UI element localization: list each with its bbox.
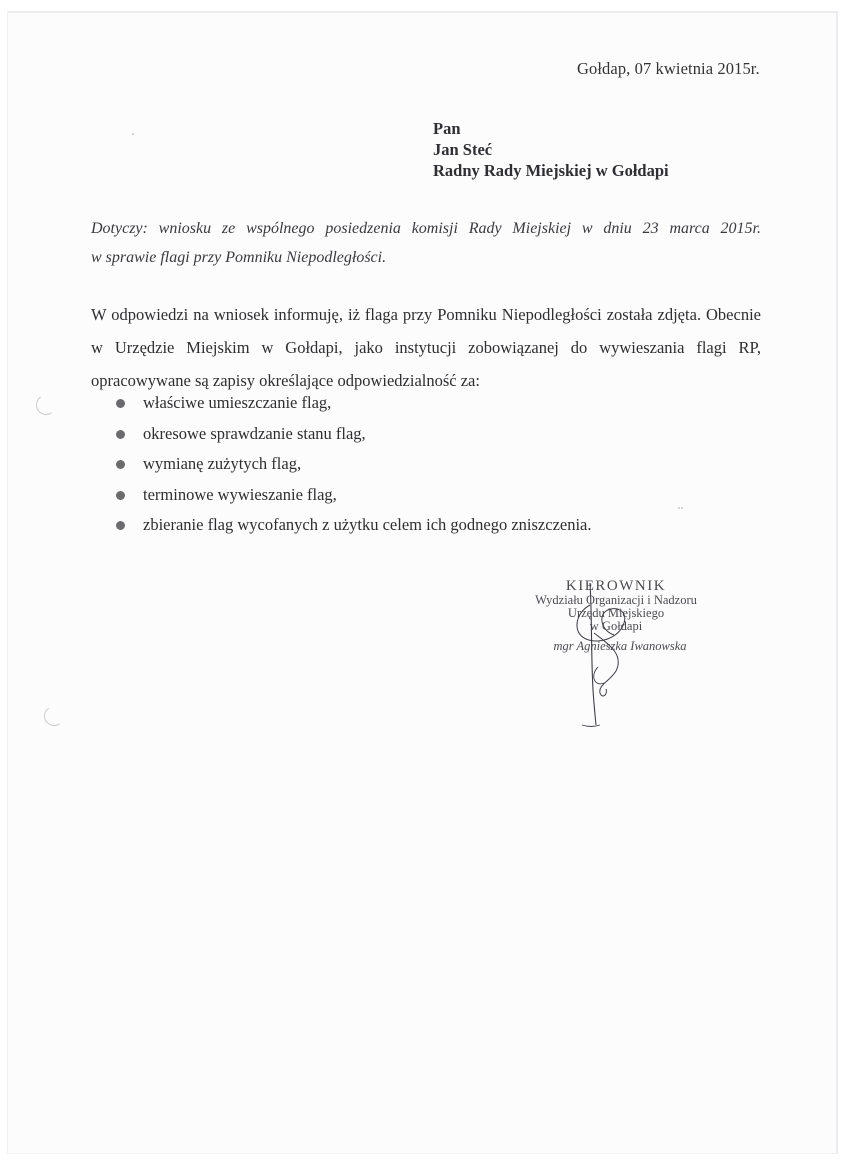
list-item: właściwe umieszczanie flag, [116, 388, 592, 419]
body-line: W odpowiedzi na wniosek informuję, iż fl… [91, 298, 761, 331]
subject-block: Dotyczy: wniosku ze wspólnego posiedzeni… [91, 214, 761, 272]
place-and-date: Gołdap, 07 kwietnia 2015r. [577, 59, 760, 79]
bullet-icon [116, 460, 125, 469]
list-item-text: zbieranie flag wycofanych z użytku celem… [143, 515, 592, 534]
stamp-city: w Gołdapi [516, 620, 716, 633]
recipient-block: Pan Jan Steć Radny Rady Miejskiej w Gołd… [433, 118, 669, 181]
list-item: okresowe sprawdzanie stanu flag, [116, 419, 592, 450]
scan-speck [681, 507, 683, 509]
subject-line: w sprawie flagi przy Pomniku Niepodległo… [91, 243, 761, 272]
list-item-text: wymianę zużytych flag, [143, 454, 301, 473]
scan-speck [678, 507, 680, 509]
responsibilities-list: właściwe umieszczanie flag, okresowe spr… [116, 388, 592, 541]
list-item-text: terminowe wywieszanie flag, [143, 485, 337, 504]
list-item: zbieranie flag wycofanych z użytku celem… [116, 510, 592, 541]
body-line: w Urzędzie Miejskim w Gołdapi, jako inst… [91, 331, 761, 364]
stamp-signatory: mgr Agnieszka Iwanowska [516, 639, 716, 653]
bullet-icon [116, 399, 125, 408]
scan-speck [132, 133, 134, 135]
stamp-title: KIEROWNIK [516, 578, 716, 594]
subject-line: Dotyczy: wniosku ze wspólnego posiedzeni… [91, 214, 761, 243]
list-item-text: okresowe sprawdzanie stanu flag, [143, 424, 366, 443]
list-item: wymianę zużytych flag, [116, 449, 592, 480]
official-stamp: KIEROWNIK Wydziału Organizacji i Nadzoru… [516, 578, 716, 653]
recipient-salutation: Pan [433, 118, 669, 139]
recipient-name: Jan Steć [433, 139, 669, 160]
list-item-text: właściwe umieszczanie flag, [143, 393, 331, 412]
list-item: terminowe wywieszanie flag, [116, 480, 592, 511]
bullet-icon [116, 430, 125, 439]
bullet-icon [116, 491, 125, 500]
bullet-icon [116, 521, 125, 530]
body-paragraph: W odpowiedzi na wniosek informuję, iż fl… [91, 298, 761, 397]
recipient-position: Radny Rady Miejskiej w Gołdapi [433, 160, 669, 181]
